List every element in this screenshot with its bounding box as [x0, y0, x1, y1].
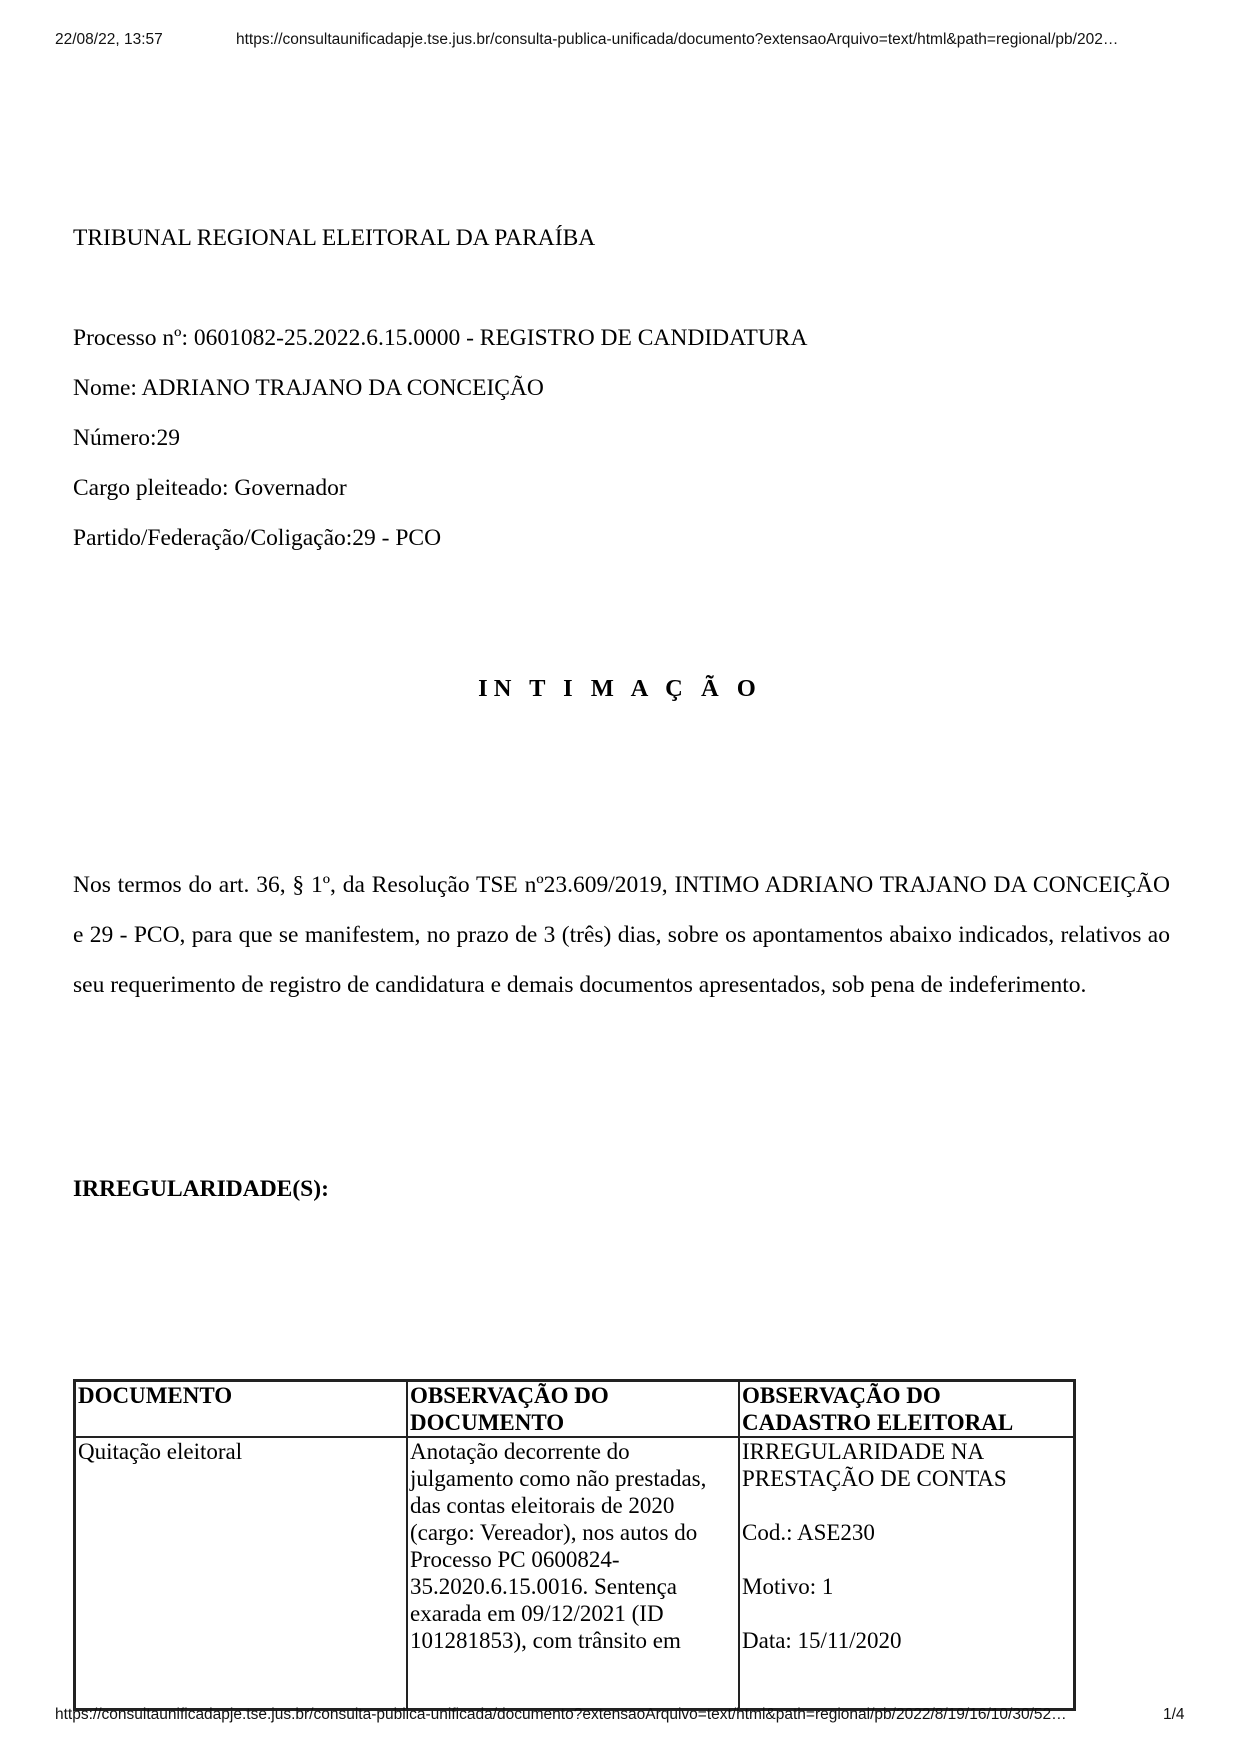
- document-title: IN T I M A Ç Ã O: [0, 675, 1240, 703]
- header-observacao-cadastro: OBSERVAÇÃO DO CADASTRO ELEITORAL: [739, 1381, 1074, 1437]
- page-number: 1/4: [1163, 1706, 1185, 1724]
- print-header-url: https://consultaunificadapje.tse.jus.br/…: [236, 31, 1118, 49]
- process-number: Processo nº: 0601082-25.2022.6.15.0000 -…: [73, 325, 807, 352]
- candidate-name: Nome: ADRIANO TRAJANO DA CONCEIÇÃO: [73, 375, 544, 402]
- candidate-number: Número:29: [73, 425, 180, 452]
- header-documento: DOCUMENTO: [75, 1381, 407, 1437]
- cadastro-data: Data: 15/11/2020: [742, 1627, 1071, 1654]
- table-header-row: DOCUMENTO OBSERVAÇÃO DO DOCUMENTO OBSERV…: [75, 1381, 1074, 1437]
- cell-observacao-cadastro: IRREGULARIDADE NA PRESTAÇÃO DE CONTAS Co…: [739, 1437, 1074, 1709]
- table-row: Quitação eleitoral Anotação decorrente d…: [75, 1437, 1074, 1709]
- irregularities-table: DOCUMENTO OBSERVAÇÃO DO DOCUMENTO OBSERV…: [73, 1379, 1076, 1711]
- cell-observacao-documento: Anotação decorrente do julgamento como n…: [407, 1437, 739, 1709]
- cadastro-irregularidade: IRREGULARIDADE NA PRESTAÇÃO DE CONTAS: [742, 1438, 1071, 1492]
- court-name: TRIBUNAL REGIONAL ELEITORAL DA PARAÍBA: [73, 225, 595, 252]
- notice-paragraph: Nos termos do art. 36, § 1º, da Resoluçã…: [73, 861, 1170, 1010]
- header-observacao-documento: OBSERVAÇÃO DO DOCUMENTO: [407, 1381, 739, 1437]
- print-header-datetime: 22/08/22, 13:57: [55, 31, 163, 49]
- office-sought: Cargo pleiteado: Governador: [73, 475, 347, 502]
- cadastro-codigo: Cod.: ASE230: [742, 1519, 1071, 1546]
- party-coalition: Partido/Federação/Coligação:29 - PCO: [73, 525, 441, 552]
- irregularities-heading: IRREGULARIDADE(S):: [73, 1176, 329, 1203]
- cadastro-motivo: Motivo: 1: [742, 1573, 1071, 1600]
- cell-documento: Quitação eleitoral: [75, 1437, 407, 1709]
- print-footer-url: https://consultaunificadapje.tse.jus.br/…: [55, 1706, 1067, 1724]
